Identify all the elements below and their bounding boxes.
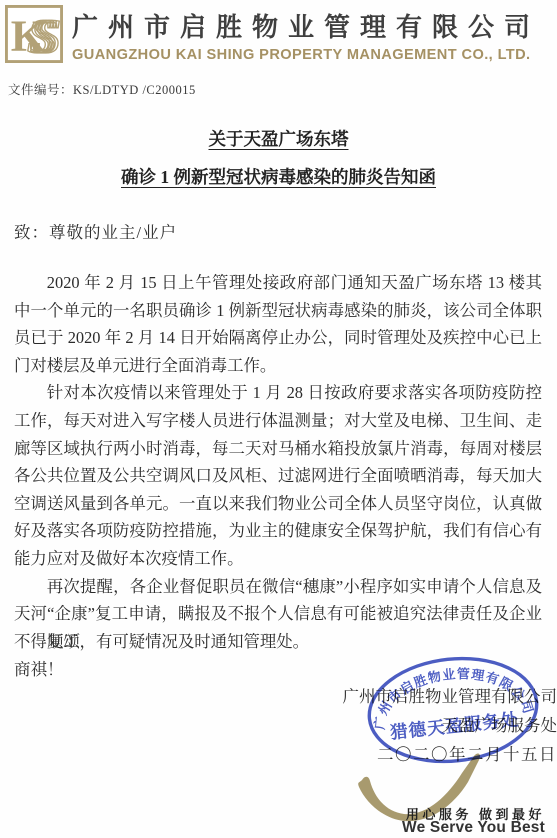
company-seal-stamp: 广州市启胜物业管理有限公司 猎德天盈服务处 — [359, 644, 548, 776]
document-title-line2: 确诊 1 例新型冠状病毒感染的肺炎告知函 — [0, 164, 557, 189]
letter-body: 2020 年 2 月 15 日上午管理处接政府部门通知天盈广场东塔 13 楼其中… — [14, 269, 542, 655]
file-number-value: KS/LDTYD /C200015 — [73, 83, 196, 97]
document-title-line1: 关于天盈广场东塔 — [0, 126, 557, 151]
closing-shangqi: 商祺！ — [14, 656, 64, 680]
paragraph-1: 2020 年 2 月 15 日上午管理处接政府部门通知天盈广场东塔 13 楼其中… — [14, 269, 542, 379]
closing-shunsong: 顺颂 — [47, 628, 80, 652]
svg-text:S: S — [36, 10, 60, 63]
company-logo-icon: K S S S S — [5, 5, 63, 63]
svg-text:猎德天盈服务处: 猎德天盈服务处 — [388, 709, 520, 743]
document-page: K S S S S 广州市启胜物业管理有限公司 GUANGZHOU KAI SH… — [0, 0, 557, 838]
paragraph-2: 针对本次疫情以来管理处于 1 月 28 日按政府要求落实各项防疫防控工作，每天对… — [14, 379, 542, 572]
company-name-chinese: 广州市启胜物业管理有限公司 — [72, 7, 550, 44]
slogan-english: We Serve You Best — [402, 819, 545, 837]
company-name-block: 广州市启胜物业管理有限公司 GUANGZHOU KAI SHING PROPER… — [72, 7, 550, 63]
company-name-english: GUANGZHOU KAI SHING PROPERTY MANAGEMENT … — [72, 47, 550, 63]
file-number: 文件编号：KS/LDTYD /C200015 — [8, 80, 196, 98]
file-number-label: 文件编号： — [8, 83, 73, 97]
salutation: 致：尊敬的业主/业户 — [14, 219, 177, 243]
paragraph-3: 再次提醒，各企业督促职员在微信“穗康”小程序如实申请个人信息及天河“企康”复工申… — [14, 573, 542, 656]
